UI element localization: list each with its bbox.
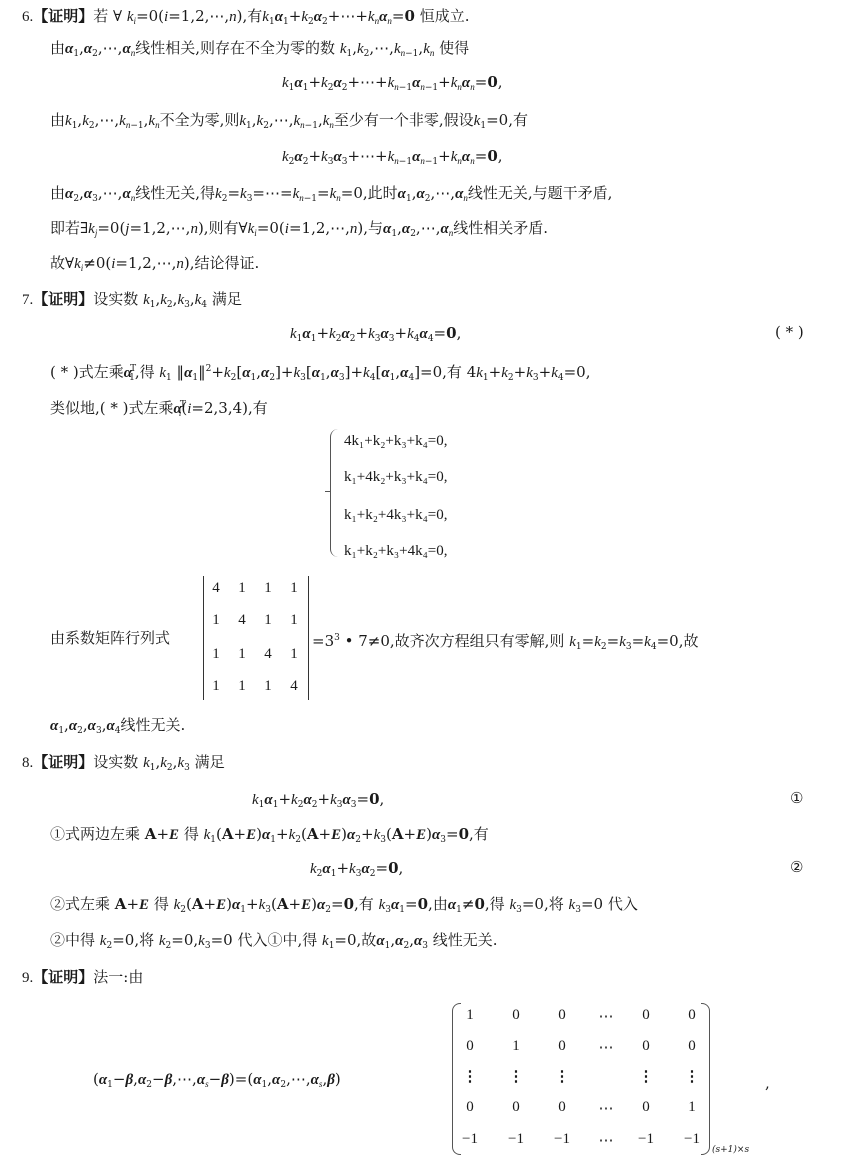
- left-brace-icon: [330, 429, 341, 557]
- matrix-size-subscript: (s+1)×s: [712, 1140, 749, 1160]
- problem-9-line-1: 9.【证明】法一:由: [22, 967, 143, 988]
- problem-6-line-1: 6.【证明】若 ∀ ki=0(i=1,2,⋯,n),有k1α1+k2α2+⋯+k…: [22, 6, 469, 32]
- system-row: k₁+4k₂+k₃+k₄=0,: [344, 467, 448, 487]
- proof-tag: 【证明】: [33, 7, 93, 25]
- problem-7-line-2: ( * )式左乘αT1,得 k1 ‖α1‖2+k2[α1,α2]+k3[α1,α…: [50, 359, 591, 388]
- problem-7-conclusion: α1,α2,α3,α4线性无关.: [50, 715, 185, 741]
- determinant-result: =33 • 7≠0,故齐次方程组只有零解,则 k1=k2=k3=k4=0,故: [312, 628, 698, 657]
- problem-7-line-1: 7.【证明】设实数 k1,k2,k3,k4 满足: [22, 289, 242, 315]
- transform-matrix: 1 0 0 ⋯ 0 0 0 1 0 ⋯ 0 0 ⋮ ⋮ ⋮ ⋮ ⋮ 0 0 0 …: [452, 1003, 710, 1153]
- problem-number: 6.: [22, 9, 33, 25]
- equation-label-star: ( * ): [775, 323, 804, 341]
- problem-6-line-4: 由α2,α3,⋯,αn线性无关,得k2=k3=⋯=kn−1=kn=0,此时α1,…: [50, 183, 612, 209]
- problem-8-line-2: ①式两边左乘 A+E 得 k1(A+E)α1+k2(A+E)α2+k3(A+E)…: [50, 824, 489, 850]
- problem-number: 9.: [22, 970, 33, 986]
- trailing-comma: ,: [765, 1073, 770, 1093]
- problem-8-equation-1: k1α1+k2α2+k3α3=0,: [252, 789, 384, 815]
- determinant-label: 由系数矩阵行列式: [50, 628, 170, 648]
- proof-tag: 【证明】: [33, 968, 93, 986]
- equation-label-2: ②: [790, 858, 803, 876]
- problem-6-line-3: 由k1,k2,⋯,kn−1,kn不全为零,则k1,k2,⋯,kn−1,kn至少有…: [50, 110, 528, 136]
- problem-6-line-5: 即若∃kj=0(j=1,2,⋯,n),则有∀ki=0(i=1,2,⋯,n),与α…: [50, 218, 548, 244]
- equation-label-1: ①: [790, 789, 803, 807]
- system-row: k₁+k₂+k₃+4k₄=0,: [344, 541, 448, 561]
- coefficient-determinant: 4 1 1 1 1 4 1 1 1 1 4 1 1 1 1 4: [203, 576, 309, 700]
- problem-8-line-1: 8.【证明】设实数 k1,k2,k3 满足: [22, 752, 225, 778]
- problem-number: 8.: [22, 755, 33, 771]
- proof-tag: 【证明】: [33, 753, 93, 771]
- problem-7-line-3: 类似地,( * )式左乘αTi(i=2,3,4),有: [50, 395, 268, 424]
- problem-6-line-6: 故∀ki≠0(i=1,2,⋯,n),结论得证.: [50, 253, 259, 279]
- problem-9-lhs: (α1−β,α2−β,⋯,αs−β)=(α1,α2,⋯,αs,β): [93, 1069, 341, 1095]
- system-row: k₁+k₂+4k₃+k₄=0,: [344, 505, 448, 525]
- problem-8-line-4: ②中得 k2=0,将 k2=0,k3=0 代入①中,得 k1=0,故α1,α2,…: [50, 930, 498, 956]
- problem-6-line-2: 由α1,α2,⋯,αn线性相关,则存在不全为零的数 k1,k2,⋯,kn−1,k…: [50, 38, 469, 64]
- problem-number: 7.: [22, 292, 33, 308]
- problem-6-equation-2: k2α2+k3α3+⋯+kn−1αn−1+knαn=0,: [282, 146, 503, 172]
- system-row: 4k₁+k₂+k₃+k₄=0,: [344, 431, 448, 451]
- proof-tag: 【证明】: [33, 290, 93, 308]
- problem-7-equation: k1α1+k2α2+k3α3+k4α4=0,: [290, 323, 461, 349]
- problem-6-equation-1: k1α1+k2α2+⋯+kn−1αn−1+knαn=0,: [282, 72, 503, 98]
- problem-8-line-3: ②式左乘 A+E 得 k2(A+E)α1+k3(A+E)α2=0,有 k3α1=…: [50, 894, 638, 920]
- problem-8-equation-2: k2α1+k3α2=0,: [310, 858, 403, 884]
